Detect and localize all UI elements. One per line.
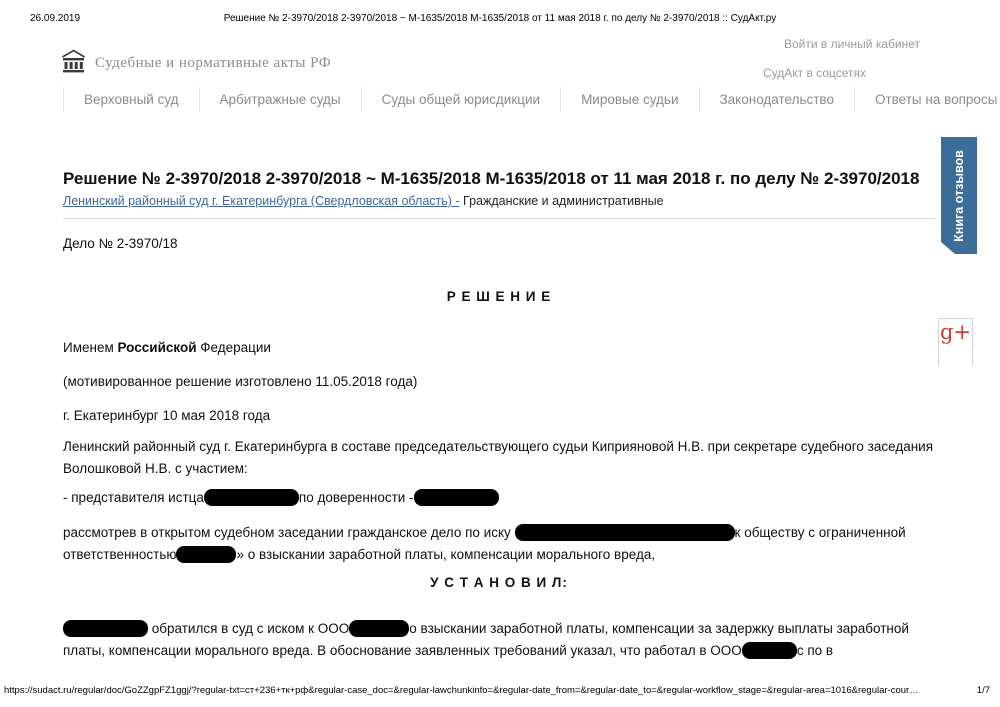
site-logo[interactable]: Судебные и нормативные акты РФ [60, 48, 331, 78]
final-seg1: обратился в суд с иском к ООО [152, 621, 350, 636]
case-number: Дело № 2-3970/18 [63, 233, 935, 255]
city-date-line: г. Екатеринбург 10 мая 2018 года [63, 405, 935, 427]
nav-item-arbitration-courts[interactable]: Арбитражные суды [200, 87, 362, 112]
nav-item-supreme-court[interactable]: Верховный суд [63, 87, 200, 112]
decision-subtitle: Ленинский районный суд г. Екатеринбурга … [63, 194, 935, 208]
courthouse-icon [60, 48, 87, 78]
court-link[interactable]: Ленинский районный суд г. Екатеринбурга … [63, 194, 460, 208]
content-divider [63, 218, 935, 219]
redaction-bar [742, 642, 797, 659]
login-link[interactable]: Войти в личный кабинет [784, 37, 920, 51]
google-plus-widget[interactable]: g+ [938, 318, 973, 366]
considered-prefix: рассмотрев в открытом судебном заседании… [63, 525, 511, 540]
feedback-book-label: Книга отзывов [952, 150, 966, 242]
case-category: Гражданские и административные [463, 194, 664, 208]
nav-item-magistrates[interactable]: Мировые судьи [561, 87, 699, 112]
imenem-prefix: Именем [63, 340, 114, 355]
considered-paragraph: рассмотрев в открытом судебном заседании… [63, 522, 935, 566]
redaction-bar [414, 489, 499, 506]
imenem-suffix: Федерации [200, 340, 271, 355]
imenem-bold: Российской [118, 340, 197, 355]
court-composition-paragraph: Ленинский районный суд г. Екатеринбурга … [63, 436, 935, 480]
decision-title: Решение № 2-3970/2018 2-3970/2018 ~ М-16… [63, 169, 935, 189]
logo-text: Судебные и нормативные акты РФ [95, 55, 331, 72]
representative-mid: по доверенности - [299, 490, 414, 505]
representative-line: - представителя истцапо доверенности - [63, 487, 935, 509]
print-footer-url: https://sudact.ru/regular/doc/GoZZgpFZ1g… [4, 685, 919, 696]
print-page-indicator: 1/7 [977, 685, 990, 696]
nav-item-general-jurisdiction[interactable]: Суды общей юрисдикции [362, 87, 561, 112]
in-the-name-line: Именем Российской Федерации [63, 337, 935, 359]
nav-item-legislation[interactable]: Законодательство [700, 87, 855, 112]
redaction-bar [515, 524, 735, 541]
main-navigation: Верховный суд Арбитражные суды Суды обще… [63, 87, 1000, 112]
motivated-note: (мотивированное решение изготовлено 11.0… [63, 371, 935, 393]
decision-heading: Р Е Ш Е Н И Е [63, 286, 935, 308]
final-seg3: с по в [797, 643, 833, 658]
final-paragraph: обратился в суд с иском к ОООо взыскании… [63, 618, 935, 662]
nav-item-answers[interactable]: Ответы на вопросы [855, 87, 1000, 112]
social-networks-label: СудАкт в соцсетях [763, 66, 866, 80]
redaction-bar [204, 489, 299, 506]
redaction-bar [176, 546, 236, 563]
redaction-bar [63, 620, 148, 637]
considered-suffix: » о взыскании заработной платы, компенса… [236, 547, 655, 562]
representative-prefix: - представителя истца [63, 490, 204, 505]
feedback-book-ribbon[interactable]: Книга отзывов [941, 137, 977, 254]
print-page-title: Решение № 2-3970/2018 2-3970/2018 ~ М-16… [0, 13, 1000, 24]
google-plus-icon: g+ [940, 320, 971, 344]
ustanovil-heading: У С Т А Н О В И Л: [63, 572, 935, 594]
redaction-bar [349, 620, 409, 637]
